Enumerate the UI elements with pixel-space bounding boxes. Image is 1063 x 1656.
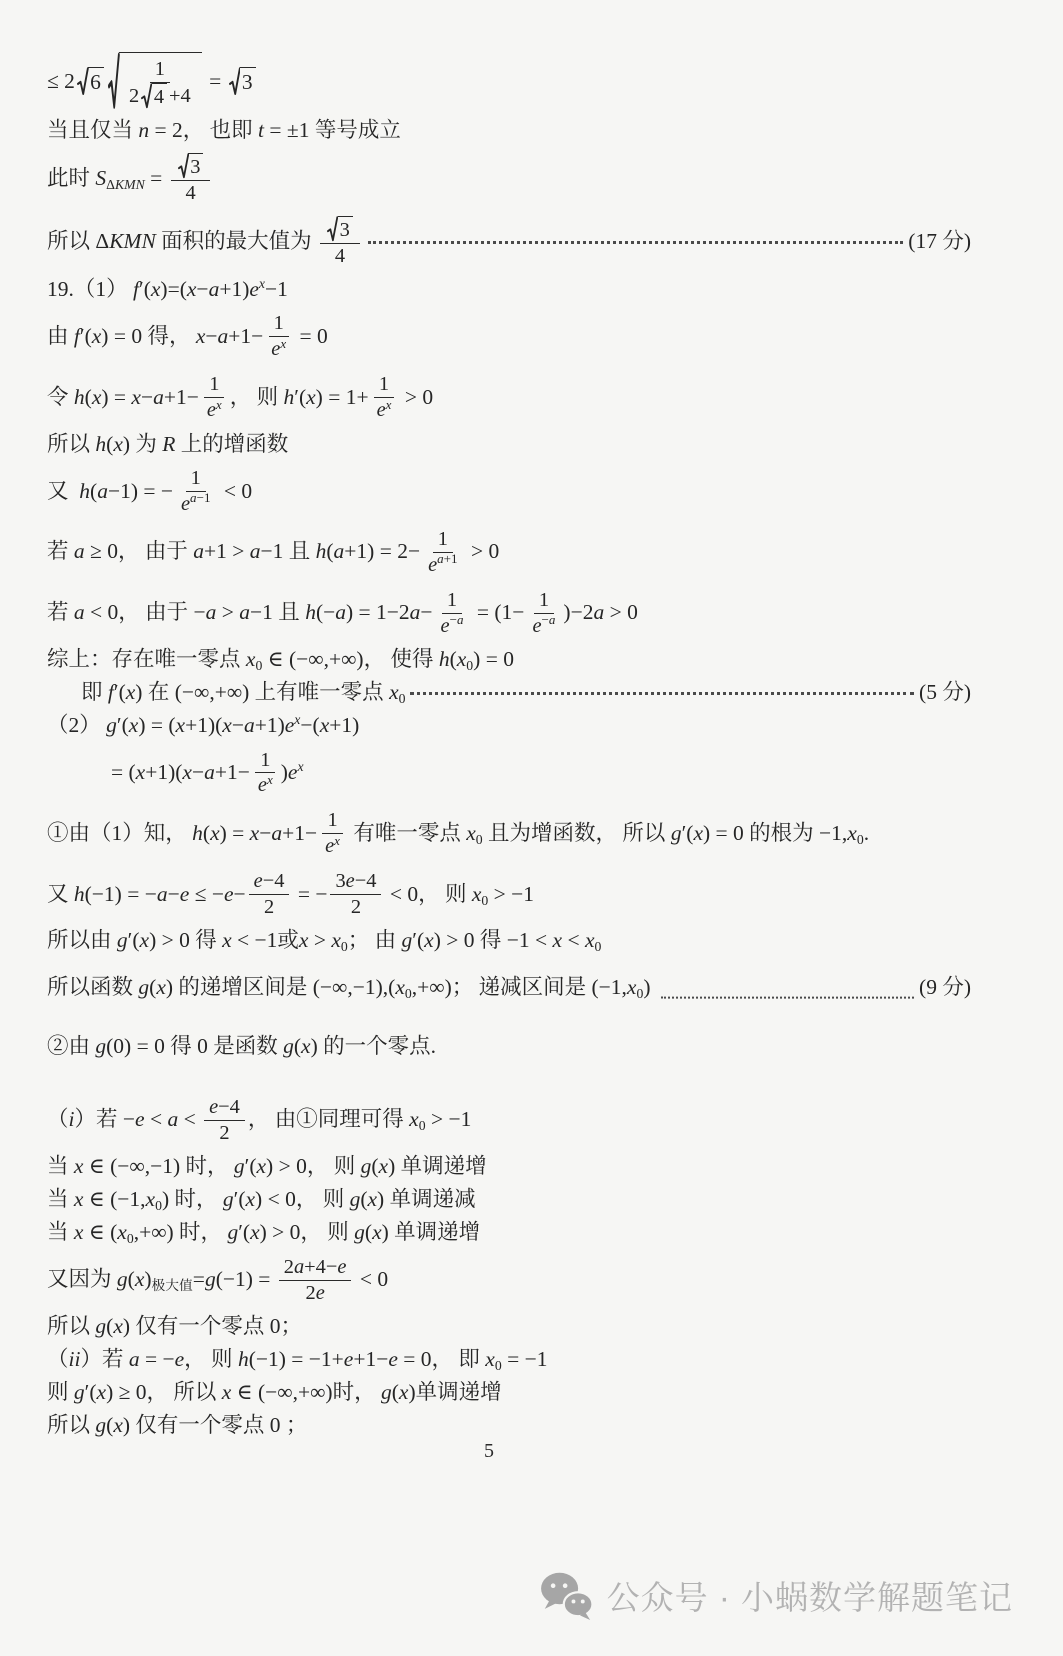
math-line: 若 a < 0， 由于 −a > a−1 且 h(−a) = 1−2a−1e−a… bbox=[47, 585, 971, 642]
math-line: 若 a ≥ 0， 由于 a+1 > a−1 且 h(a+1) = 2−1ea+1… bbox=[47, 524, 971, 581]
dotted-leader bbox=[661, 997, 914, 999]
solution-content: ≤ 26124+4 = 3当且仅当 n = 2， 也即 t = ±1 等号成立此… bbox=[47, 52, 971, 1445]
fraction: 124+4 bbox=[124, 57, 196, 110]
math-line: 19.（1） f′(x)=(x−a+1)ex−1 bbox=[47, 275, 971, 304]
page-number: 5 bbox=[0, 1440, 978, 1463]
radical: 124+4 bbox=[108, 52, 202, 113]
fraction: 1ex bbox=[202, 372, 227, 423]
score-label: (17 分) bbox=[908, 228, 971, 256]
document-page: ≤ 26124+4 = 3当且仅当 n = 2， 也即 t = ±1 等号成立此… bbox=[0, 0, 1063, 1656]
math-line: （2） g′(x) = (x+1)(x−a+1)ex−(x+1) bbox=[47, 712, 971, 741]
math-line: 又 h(−1) = −a−e ≤ −e−e−42 = −3e−42 < 0， 则… bbox=[47, 866, 971, 923]
math-line: 即 f′(x) 在 (−∞,+∞) 上有唯一零点 x0(5 分) bbox=[81, 679, 971, 708]
score-label: (5 分) bbox=[919, 679, 971, 707]
math-line: （ii）若 a = −e， 则 h(−1) = −1+e+1−e = 0， 即 … bbox=[47, 1346, 971, 1375]
math-line: 所以 g(x) 仅有一个零点 0 ； bbox=[47, 1412, 971, 1441]
fraction: 1e−a bbox=[436, 588, 469, 639]
radical: 3 bbox=[327, 216, 353, 243]
fraction: 1e−a bbox=[527, 588, 560, 639]
math-line: 此时 SΔKMN = 34 bbox=[47, 150, 971, 209]
fraction: 1ex bbox=[372, 372, 397, 423]
watermark: 公众号 · 小蜗数学解题笔记 bbox=[539, 1570, 1013, 1620]
fraction: 34 bbox=[320, 216, 360, 269]
fraction: 34 bbox=[171, 153, 211, 206]
math-line: 由 f′(x) = 0 得， x−a+1−1ex = 0 bbox=[47, 308, 971, 365]
dotted-leader bbox=[368, 241, 903, 244]
score-label: (9 分) bbox=[919, 974, 971, 1002]
radical: 6 bbox=[77, 67, 104, 97]
fraction: 1ex bbox=[266, 311, 291, 362]
math-line: 又 h(a−1) = −1ea−1 < 0 bbox=[47, 463, 971, 520]
math-line: ①由（1）知， h(x) = x−a+1−1ex 有唯一零点 x0 且为增函数，… bbox=[47, 805, 971, 862]
math-line: 当且仅当 n = 2， 也即 t = ±1 等号成立 bbox=[47, 117, 971, 146]
math-line: 令 h(x) = x−a+1−1ex， 则 h′(x) = 1+1ex > 0 bbox=[47, 369, 971, 426]
math-line: 当 x ∈ (−1,x0) 时， g′(x) < 0， 则 g(x) 单调递减 bbox=[47, 1186, 971, 1215]
math-line: ≤ 26124+4 = 3 bbox=[47, 52, 971, 113]
fraction: 1ea+1 bbox=[423, 527, 463, 578]
math-line: 当 x ∈ (x0,+∞) 时， g′(x) > 0， 则 g(x) 单调递增 bbox=[47, 1219, 971, 1248]
fraction: 1ex bbox=[253, 748, 278, 799]
math-line: 所以 h(x) 为 R 上的增函数 bbox=[47, 430, 971, 459]
fraction: 2a+4−e2e bbox=[279, 1255, 352, 1306]
watermark-text: 公众号 · 小蜗数学解题笔记 bbox=[607, 1572, 1013, 1619]
fraction: 1ex bbox=[320, 808, 345, 859]
math-line: 所以 g(x) 仅有一个零点 0； bbox=[47, 1313, 971, 1342]
math-line: 所以由 g′(x) > 0 得 x < −1或x > x0； 由 g′(x) >… bbox=[47, 927, 971, 956]
fraction: e−42 bbox=[204, 1095, 245, 1146]
radical: 3 bbox=[229, 67, 256, 97]
math-line: 所以 ΔKMN 面积的最大值为 34(17 分) bbox=[47, 213, 971, 272]
math-line: 综上：存在唯一零点 x0 ∈ (−∞,+∞)， 使得 h(x0) = 0 bbox=[47, 646, 971, 675]
math-line: （i）若 −e < a < e−42， 由①同理可得 x0 > −1 bbox=[47, 1092, 971, 1149]
math-line: 所以函数 g(x) 的递增区间是 (−∞,−1),(x0,+∞)； 递减区间是 … bbox=[47, 974, 971, 1003]
math-line: = (x+1)(x−a+1−1ex)ex bbox=[111, 745, 971, 802]
dotted-leader bbox=[410, 692, 914, 695]
fraction: 3e−42 bbox=[330, 869, 381, 920]
radical: 3 bbox=[178, 153, 204, 180]
math-line: 又因为 g(x)极大值=g(−1) = 2a+4−e2e < 0 bbox=[47, 1252, 971, 1309]
math-line: ②由 g(0) = 0 得 0 是函数 g(x) 的一个零点. bbox=[47, 1033, 971, 1062]
fraction: e−42 bbox=[249, 869, 290, 920]
math-line: 当 x ∈ (−∞,−1) 时， g′(x) > 0， 则 g(x) 单调递增 bbox=[47, 1153, 971, 1182]
radical: 4 bbox=[141, 83, 167, 110]
fraction: 1ea−1 bbox=[176, 466, 216, 517]
math-line: 则 g′(x) ≥ 0， 所以 x ∈ (−∞,+∞)时， g(x)单调递增 bbox=[47, 1379, 971, 1408]
wechat-icon bbox=[539, 1570, 595, 1620]
